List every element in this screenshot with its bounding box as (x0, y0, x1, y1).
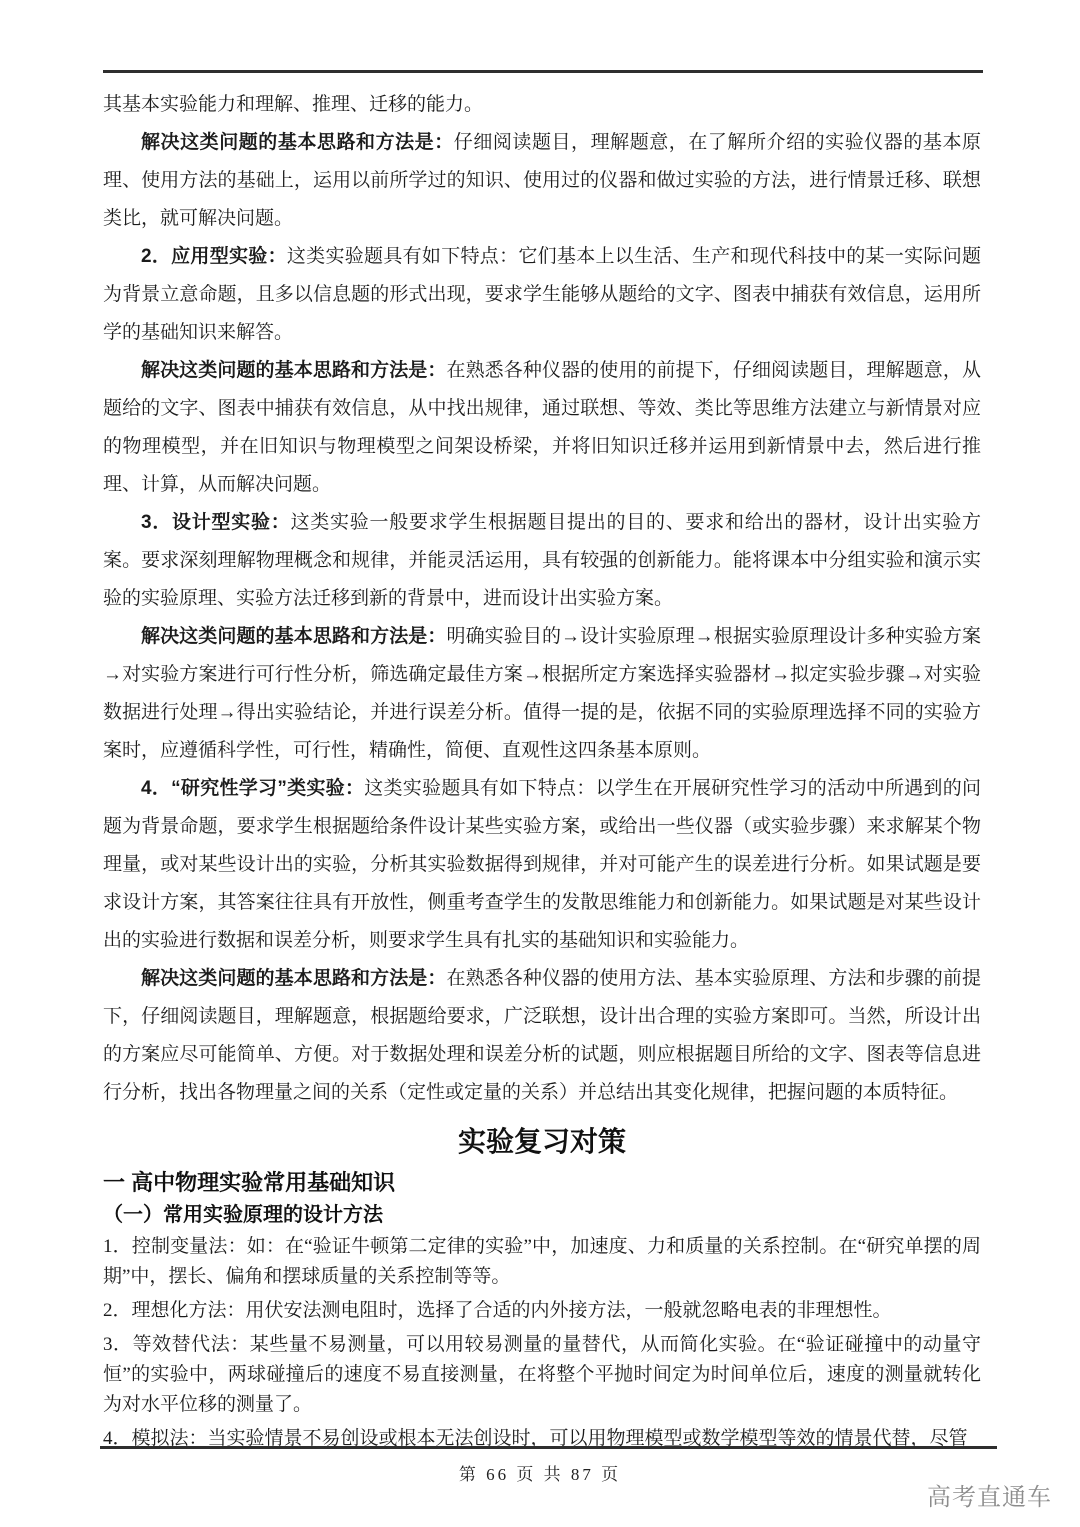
method-item-simulation: 4．模拟法：当实验情景不易创设或根本无法创设时，可以用物理模型或数学模型等效的情… (103, 1424, 981, 1454)
page-content: 其基本实验能力和理解、推理、迁移的能力。 解决这类问题的基本思路和方法是：仔细阅… (103, 86, 981, 1458)
body-paragraph: 解决这类问题的基本思路和方法是：在熟悉各种仪器的使用的前提下，仔细阅读题目，理解… (103, 352, 981, 504)
body-paragraph: 3．设计型实验：这类实验一般要求学生根据题目提出的目的、要求和给出的器材，设计出… (103, 504, 981, 618)
watermark-gaokao-zhitongche: 高考直通车 (927, 1477, 1052, 1512)
paragraph-lead: 解决这类问题的基本思路和方法是： (141, 360, 446, 381)
header-rule (103, 70, 983, 73)
body-paragraph: 其基本实验能力和理解、推理、迁移的能力。 (103, 86, 981, 124)
footer-rule (100, 1446, 997, 1449)
page-number: 第 66 页 共 87 页 (0, 1460, 1080, 1485)
body-paragraph: 解决这类问题的基本思路和方法是：仔细阅读题目，理解题意，在了解所介绍的实验仪器的… (103, 124, 981, 238)
heading-design-methods: （一）常用实验原理的设计方法 (103, 1200, 981, 1230)
document-page: 其基本实验能力和理解、推理、迁移的能力。 解决这类问题的基本思路和方法是：仔细阅… (0, 0, 1080, 1527)
method-item-equivalent-substitution: 3．等效替代法：某些量不易测量，可以用较易测量的量替代，从而简化实验。在“验证碰… (103, 1330, 981, 1420)
paragraph-lead: 解决这类问题的基本思路和方法是： (141, 626, 446, 647)
method-item-idealization: 2．理想化方法：用伏安法测电阻时，选择了合适的内外接方法，一般就忽略电表的非理想… (103, 1296, 981, 1326)
paragraph-text: 其基本实验能力和理解、推理、迁移的能力。 (103, 94, 483, 115)
body-paragraph: 2．应用型实验：这类实验题具有如下特点：它们基本上以生活、生产和现代科技中的某一… (103, 238, 981, 352)
method-item-control-variable: 1．控制变量法：如：在“验证牛顿第二定律的实验”中，加速度、力和质量的关系控制。… (103, 1232, 981, 1292)
heading-basic-knowledge: 一 高中物理实验常用基础知识 (103, 1166, 981, 1200)
body-paragraph: 解决这类问题的基本思路和方法是：明确实验目的→设计实验原理→根据实验原理设计多种… (103, 618, 981, 770)
body-paragraph: 4．“研究性学习”类实验：这类实验题具有如下特点：以学生在开展研究性学习的活动中… (103, 770, 981, 960)
paragraph-lead: 解决这类问题的基本思路和方法是： (141, 968, 446, 989)
body-paragraph: 解决这类问题的基本思路和方法是：在熟悉各种仪器的使用方法、基本实验原理、方法和步… (103, 960, 981, 1112)
paragraph-lead: 3．设计型实验： (141, 512, 291, 533)
paragraph-lead: 解决这类问题的基本思路和方法是： (141, 132, 454, 153)
section-title: 实验复习对策 (103, 1122, 981, 1162)
paragraph-lead: 2．应用型实验： (141, 246, 287, 267)
paragraph-lead: 4．“研究性学习”类实验： (141, 778, 364, 799)
paragraph-text: 这类实验题具有如下特点：以学生在开展研究性学习的活动中所遇到的问题为背景命题，要… (103, 778, 981, 951)
